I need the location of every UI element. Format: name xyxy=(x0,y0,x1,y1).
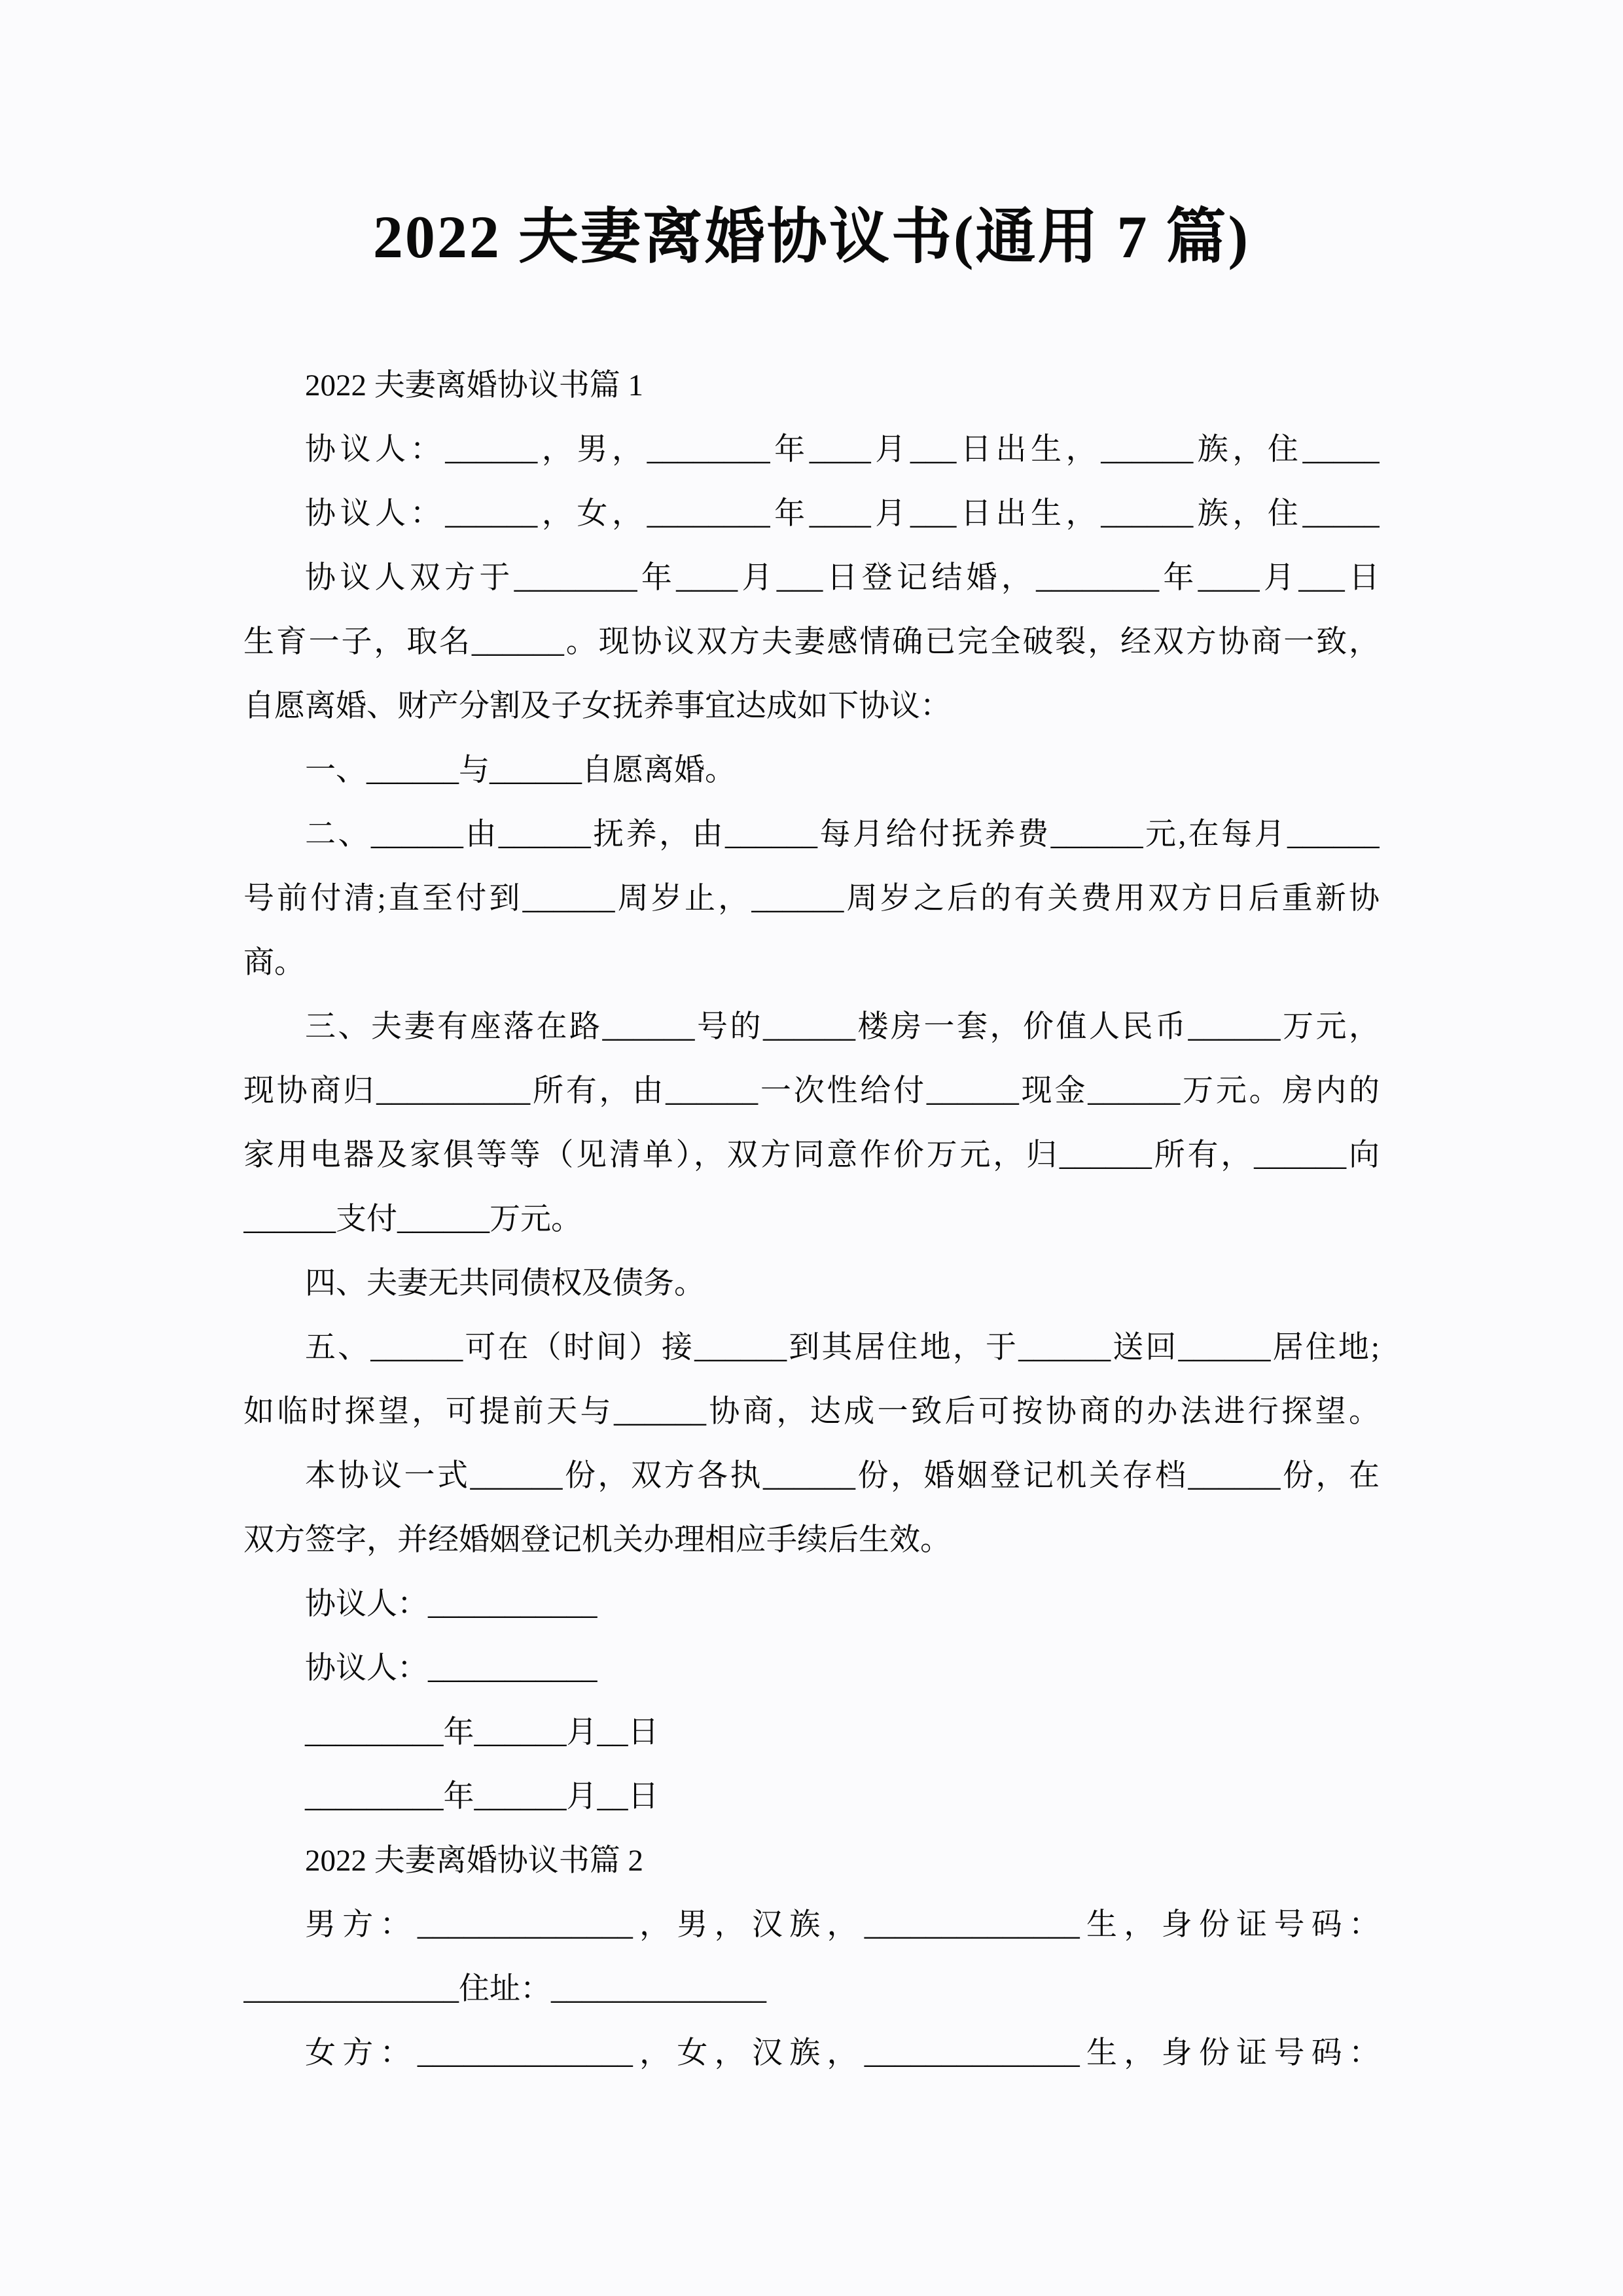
doc-line: ______________住址：______________ xyxy=(243,1957,1380,2021)
doc-line-section-2-heading: 2022 夫妻离婚协议书篇 2 xyxy=(243,1829,1380,1893)
doc-line: ______支付______万元。 xyxy=(243,1187,1380,1251)
doc-line: 协议人：______，男，________年____月___日出生，______… xyxy=(243,418,1380,482)
doc-line: 本协议一式______份，双方各执______份，婚姻登记机关存档______份… xyxy=(243,1444,1380,1508)
doc-line: 一、______与______自愿离婚。 xyxy=(243,738,1380,802)
doc-line: 家用电器及家俱等等（见清单），双方同意作价万元，归______所有，______… xyxy=(243,1123,1380,1187)
doc-line: 自愿离婚、财产分割及子女抚养事宜达成如下协议： xyxy=(243,674,1380,738)
document-body: 2022 夫妻离婚协议书篇 1 协议人：______，男，________年__… xyxy=(243,353,1380,2085)
doc-line-date: _________年______月__日 xyxy=(243,1700,1380,1765)
doc-line: 商。 xyxy=(243,931,1380,995)
document-title: 2022 夫妻离婚协议书(通用 7 篇) xyxy=(0,188,1623,275)
doc-line: 双方签字，并经婚姻登记机关办理相应手续后生效。 xyxy=(243,1508,1380,1572)
doc-line: 男方：______________，男，汉族，______________生，身… xyxy=(243,1893,1380,1957)
doc-line: 协议人：______，女，________年____月___日出生，______… xyxy=(243,482,1380,546)
doc-line: 女方：______________，女，汉族，______________生，身… xyxy=(243,2021,1380,2085)
document-page: 2022 夫妻离婚协议书(通用 7 篇) 2022 夫妻离婚协议书篇 1 协议人… xyxy=(0,0,1623,2296)
doc-line-section-1-heading: 2022 夫妻离婚协议书篇 1 xyxy=(243,353,1380,418)
doc-line-signature: 协议人：___________ xyxy=(243,1572,1380,1636)
doc-line: 三、夫妻有座落在路______号的______楼房一套，价值人民币______万… xyxy=(243,995,1380,1059)
doc-line: 五、______可在（时间）接______到其居住地，于______送回____… xyxy=(243,1316,1380,1380)
doc-line-date: _________年______月__日 xyxy=(243,1765,1380,1829)
doc-line: 如临时探望，可提前天与______协商，达成一致后可按协商的办法进行探望。 xyxy=(243,1380,1380,1444)
doc-line: 四、夫妻无共同债权及债务。 xyxy=(243,1251,1380,1316)
doc-line: 号前付清;直至付到______周岁止，______周岁之后的有关费用双方日后重新… xyxy=(243,867,1380,931)
doc-line: 现协商归__________所有，由______一次性给付______现金___… xyxy=(243,1059,1380,1123)
doc-line-signature: 协议人：___________ xyxy=(243,1636,1380,1700)
doc-line: 二、______由______抚养，由______每月给付抚养费______元,… xyxy=(243,802,1380,867)
doc-line: 生育一子，取名______。现协议双方夫妻感情确已完全破裂，经双方协商一致， xyxy=(243,610,1380,674)
doc-line: 协议人双方于________年____月___日登记结婚，________年__… xyxy=(243,546,1380,610)
